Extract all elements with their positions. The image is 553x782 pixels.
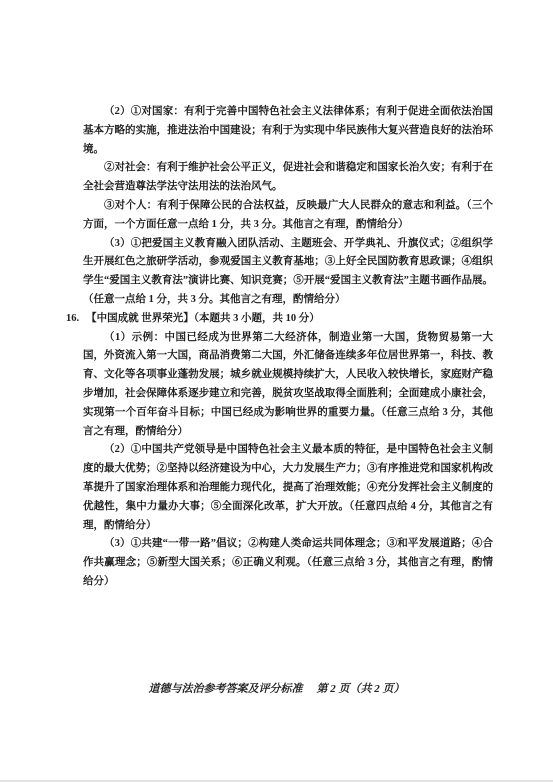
answer-paragraph: （3）①把爱国主义教育融入团队活动、主题班会、开学典礼、升旗仪式；②组织学生开展… — [83, 235, 493, 310]
document-page: （2）①对国家：有利于完善中国特色社会主义法律体系；有利于促进全面依法治国基本方… — [0, 0, 553, 782]
question-number: 16. — [66, 313, 79, 324]
footer-document-title: 道德与法治参考答案及评分标准 — [149, 683, 303, 695]
answer-key-body: （2）①对国家：有利于完善中国特色社会主义法律体系；有利于促进全面依法治国基本方… — [83, 103, 493, 592]
answer-paragraph: ②对社会：有利于维护社会公平正义，促进社会和谐稳定和国家长治久安；有利于在全社会… — [83, 159, 493, 197]
answer-paragraph: （2）①中国共产党领导是中国特色社会主义最本质的特征，是中国特色社会主义制度的最… — [83, 441, 493, 535]
answer-paragraph: ③对个人：有利于保障公民的合法权益，反映最广大人民群众的意志和利益。（三个方面，… — [83, 197, 493, 235]
question-title: 【中国成就 世界荣光】（本题共 3 小题，共 10 分） — [86, 313, 320, 324]
page-footer: 道德与法治参考答案及评分标准第 2 页（共 2 页） — [0, 682, 553, 696]
answer-paragraph: （3）①共建“一带一路”倡议；②构建人类命运共同体理念；③和平发展道路；④合作共… — [83, 535, 493, 591]
question-16-heading: 16.【中国成就 世界荣光】（本题共 3 小题，共 10 分） — [66, 310, 493, 329]
footer-page-number: 第 2 页（共 2 页） — [317, 683, 405, 695]
answer-paragraph: （2）①对国家：有利于完善中国特色社会主义法律体系；有利于促进全面依法治国基本方… — [83, 103, 493, 159]
answer-paragraph: （1）示例：中国已经成为世界第二大经济体，制造业第一大国，货物贸易第一大国，外资… — [83, 329, 493, 442]
